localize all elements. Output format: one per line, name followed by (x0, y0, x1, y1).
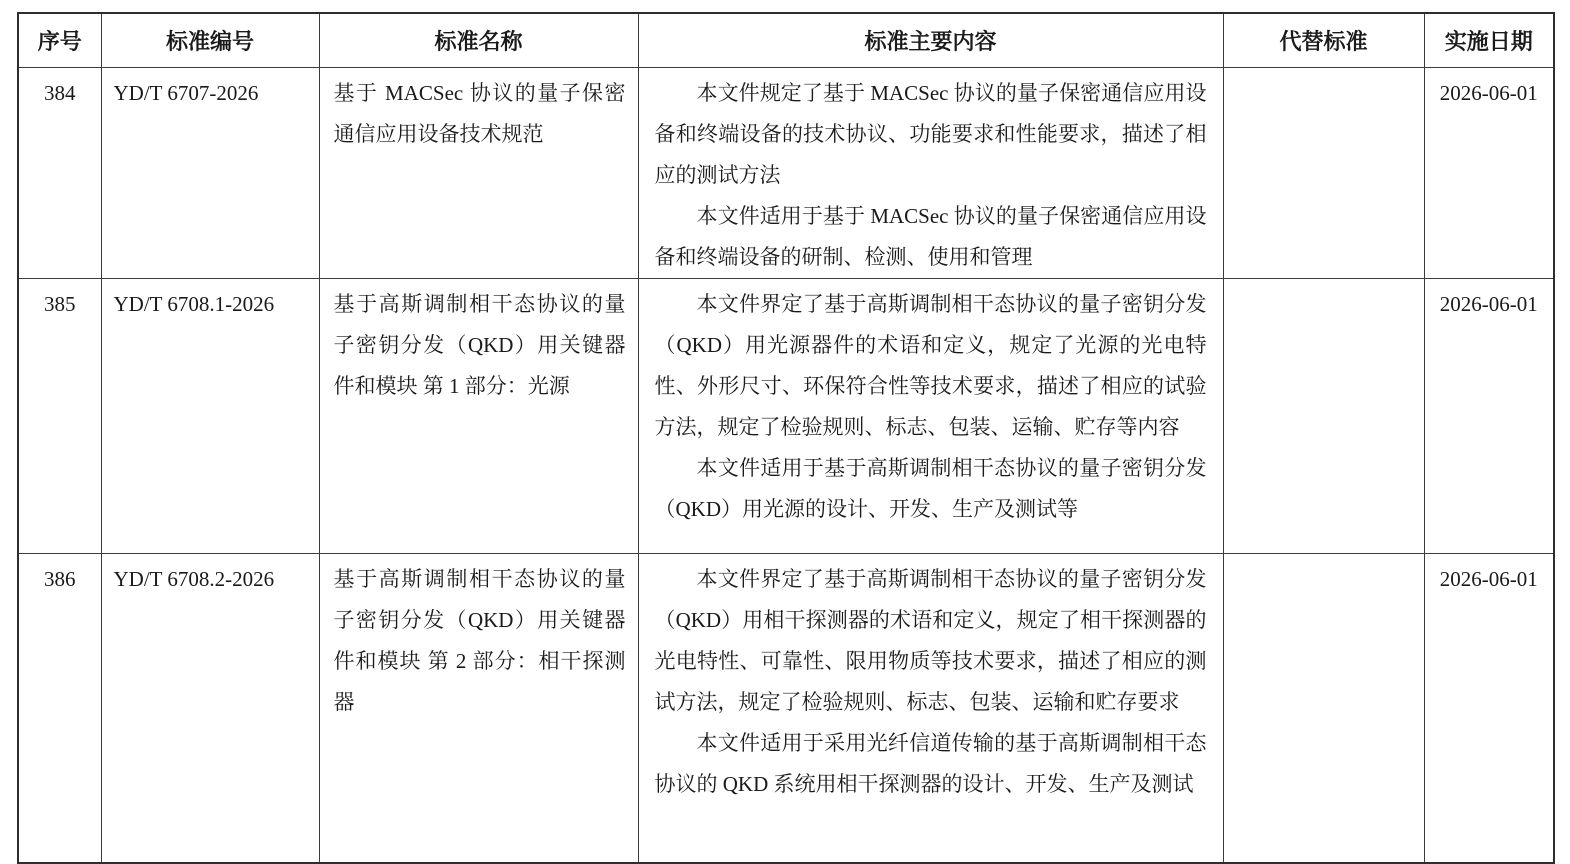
content-paragraph: 本文件规定了基于 MACSec 协议的量子保密通信应用设备和终端设备的技术协议、… (655, 73, 1207, 196)
cell-standard-code: YD/T 6707-2026 (101, 68, 319, 279)
cell-implementation-date: 2026-06-01 (1424, 68, 1554, 279)
table-row: 384 YD/T 6707-2026 基于 MACSec 协议的量子保密通信应用… (18, 68, 1554, 279)
content-paragraph: 本文件适用于基于高斯调制相干态协议的量子密钥分发（QKD）用光源的设计、开发、生… (655, 448, 1207, 530)
standards-table: 序号 标准编号 标准名称 标准主要内容 代替标准 实施日期 384 YD/T 6… (17, 12, 1555, 864)
col-header-replaced-standard: 代替标准 (1223, 13, 1424, 68)
cell-standard-name: 基于高斯调制相干态协议的量子密钥分发（QKD）用关键器件和模块 第 1 部分：光… (319, 279, 638, 554)
col-header-implementation-date: 实施日期 (1424, 13, 1554, 68)
cell-main-content: 本文件规定了基于 MACSec 协议的量子保密通信应用设备和终端设备的技术协议、… (638, 68, 1223, 279)
cell-index: 385 (18, 279, 101, 554)
cell-implementation-date: 2026-06-01 (1424, 554, 1554, 863)
content-paragraph: 本文件界定了基于高斯调制相干态协议的量子密钥分发（QKD）用相干探测器的术语和定… (655, 559, 1207, 723)
cell-main-content: 本文件界定了基于高斯调制相干态协议的量子密钥分发（QKD）用相干探测器的术语和定… (638, 554, 1223, 863)
cell-index: 384 (18, 68, 101, 279)
cell-standard-code: YD/T 6708.2-2026 (101, 554, 319, 863)
cell-replaced-standard (1223, 68, 1424, 279)
cell-standard-name: 基于高斯调制相干态协议的量子密钥分发（QKD）用关键器件和模块 第 2 部分：相… (319, 554, 638, 863)
col-header-main-content: 标准主要内容 (638, 13, 1223, 68)
table-row: 386 YD/T 6708.2-2026 基于高斯调制相干态协议的量子密钥分发（… (18, 554, 1554, 863)
cell-main-content: 本文件界定了基于高斯调制相干态协议的量子密钥分发（QKD）用光源器件的术语和定义… (638, 279, 1223, 554)
cell-index: 386 (18, 554, 101, 863)
col-header-index: 序号 (18, 13, 101, 68)
document-page: 序号 标准编号 标准名称 标准主要内容 代替标准 实施日期 384 YD/T 6… (0, 0, 1570, 864)
header-row: 序号 标准编号 标准名称 标准主要内容 代替标准 实施日期 (18, 13, 1554, 68)
col-header-standard-name: 标准名称 (319, 13, 638, 68)
content-paragraph: 本文件适用于采用光纤信道传输的基于高斯调制相干态协议的 QKD 系统用相干探测器… (655, 723, 1207, 805)
content-paragraph: 本文件界定了基于高斯调制相干态协议的量子密钥分发（QKD）用光源器件的术语和定义… (655, 284, 1207, 448)
cell-replaced-standard (1223, 279, 1424, 554)
content-paragraph: 本文件适用于基于 MACSec 协议的量子保密通信应用设备和终端设备的研制、检测… (655, 196, 1207, 278)
cell-standard-name: 基于 MACSec 协议的量子保密通信应用设备技术规范 (319, 68, 638, 279)
col-header-standard-code: 标准编号 (101, 13, 319, 68)
table-row: 385 YD/T 6708.1-2026 基于高斯调制相干态协议的量子密钥分发（… (18, 279, 1554, 554)
cell-standard-code: YD/T 6708.1-2026 (101, 279, 319, 554)
cell-implementation-date: 2026-06-01 (1424, 279, 1554, 554)
cell-replaced-standard (1223, 554, 1424, 863)
